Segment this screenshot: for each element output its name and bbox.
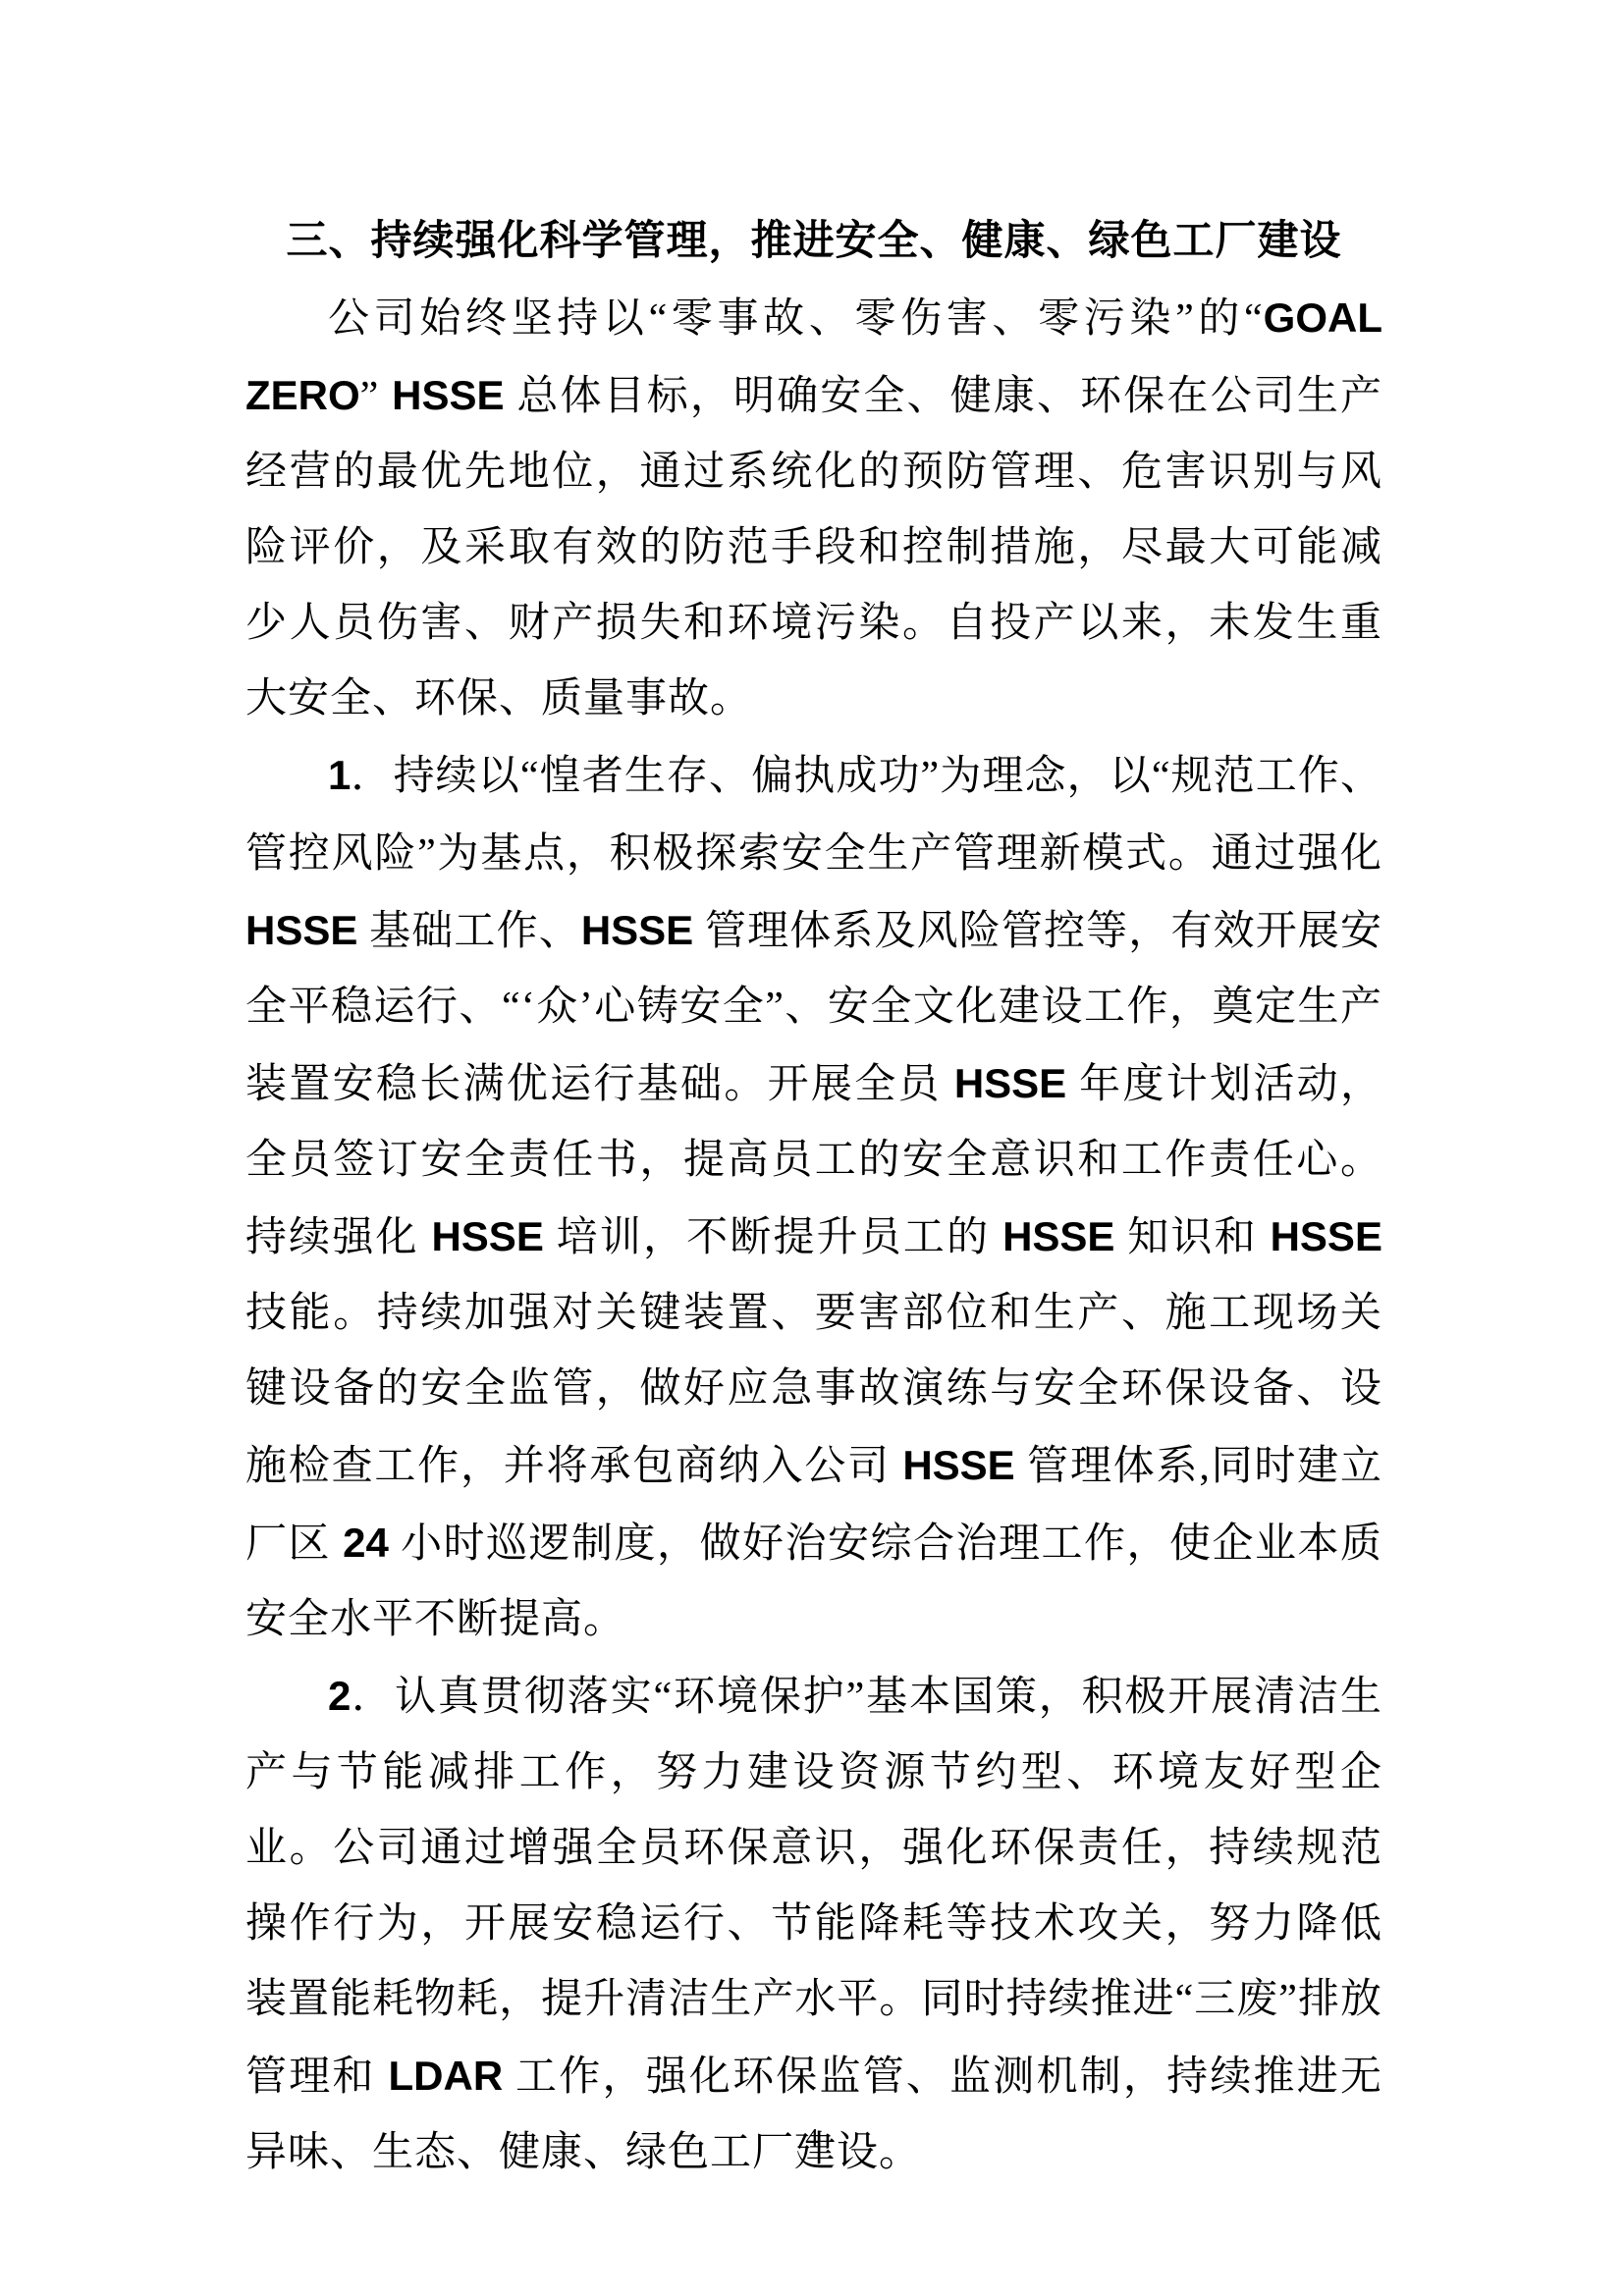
- latin-text-run: 24: [331, 1520, 401, 1566]
- page-number: 4: [0, 2120, 1624, 2156]
- latin-text-run: HSSE: [581, 907, 705, 953]
- paragraph-item-1: 1．持续以“惶者生存、偏执成功”为理念，以“规范工作、管控风险”为基点，积极探索…: [245, 737, 1382, 1658]
- cjk-text-run: 培训，不断提升员工的: [557, 1215, 991, 1260]
- section-heading: 三、持续强化科学管理，推进安全、健康、绿色工厂建设: [245, 201, 1382, 280]
- cjk-text-run: ”: [360, 374, 380, 419]
- latin-text-run: HSSE: [891, 1442, 1027, 1488]
- latin-text-run: HSSE: [379, 372, 516, 418]
- cjk-text-run: 小时巡逻制度，做好治安综合治理工作，使企业本质安全水平不断提高。: [245, 1522, 1382, 1642]
- latin-text-run: HSSE: [419, 1213, 557, 1259]
- latin-text-run: HSSE: [1258, 1213, 1382, 1259]
- latin-text-run: HSSE: [942, 1060, 1079, 1106]
- cjk-text-run: ．认真贯彻落实“环境保护”基本国策，积极开展清洁生产与节能减排工作，努力建设资源…: [245, 1675, 1382, 2100]
- latin-text-run: LDAR: [376, 2053, 515, 2099]
- latin-text-run: 1: [328, 752, 351, 798]
- latin-text-run: 2: [328, 1673, 351, 1719]
- latin-text-run: HSSE: [990, 1213, 1127, 1259]
- cjk-text-run: 基础工作、: [369, 909, 581, 954]
- paragraph-item-2: 2．认真贯彻落实“环境保护”基本国策，积极开展清洁生产与节能减排工作，努力建设资…: [245, 1658, 1382, 2191]
- cjk-text-run: ．持续以“惶者生存、偏执成功”为理念，以“规范工作、管控风险”为基点，积极探索安…: [245, 754, 1382, 877]
- latin-text-run: HSSE: [245, 907, 369, 953]
- document-page: 三、持续强化科学管理，推进安全、健康、绿色工厂建设 公司始终坚持以“零事故、零伤…: [0, 0, 1624, 2296]
- cjk-text-run: 总体目标，明确安全、健康、环保在公司生产经营的最优先地位，通过系统化的预防管理、…: [245, 374, 1382, 721]
- cjk-text-run: 公司始终坚持以“零事故、零伤害、零污染”的“: [328, 296, 1264, 342]
- paragraph-intro: 公司始终坚持以“零事故、零伤害、零污染”的“GOAL ZERO” HSSE 总体…: [245, 280, 1382, 737]
- cjk-text-run: 知识和: [1127, 1215, 1257, 1260]
